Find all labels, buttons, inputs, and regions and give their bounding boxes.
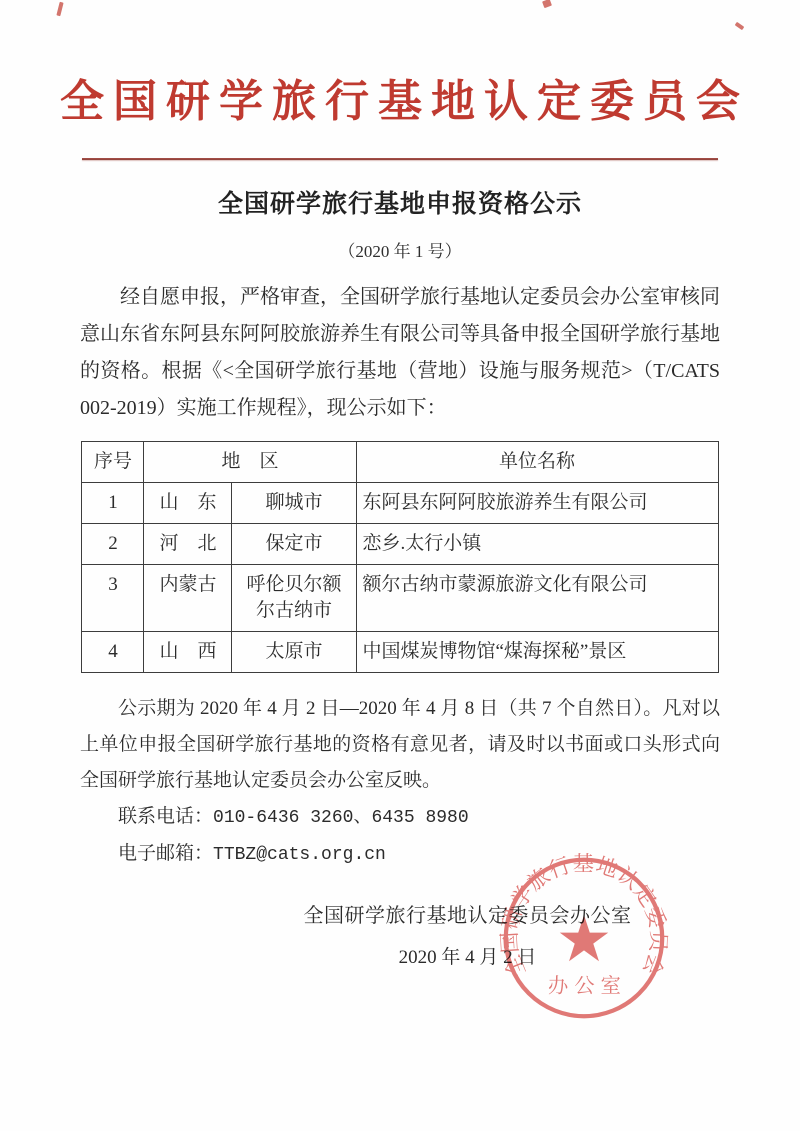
signature-date: 2020 年 4 月 2 日 (295, 942, 640, 969)
signature-block: 全国研学旅行基地认定委员会办公室 2020 年 4 月 2 日 (295, 903, 640, 969)
table-row: 1 山 东 聊城市 东阿县东阿阿胶旅游养生有限公司 (82, 482, 718, 523)
intro-paragraph: 经自愿申报，严格审查，全国研学旅行基地认定委员会办公室审核同意山东省东阿县东阿阿… (80, 279, 720, 427)
column-header-unit-name: 单位名称 (356, 441, 718, 482)
cell-province: 山 西 (144, 631, 232, 672)
cell-serial: 1 (82, 482, 144, 523)
contact-phone-label: 联系电话： (118, 806, 213, 827)
table-row: 3 内蒙古 呼伦贝尔额尔古纳市 额尔古纳市蒙源旅游文化有限公司 (82, 564, 718, 631)
contact-email-value: TTBZ@cats.org.cn (213, 845, 386, 865)
cell-province: 河 北 (144, 523, 232, 564)
document-body: 经自愿申报，严格审查，全国研学旅行基地认定委员会办公室审核同意山东省东阿县东阿阿… (80, 279, 720, 969)
cell-serial: 3 (82, 564, 144, 631)
document-title: 全国研学旅行基地申报资格公示 (0, 184, 800, 220)
cell-unit-name: 东阿县东阿阿胶旅游养生有限公司 (356, 482, 718, 523)
column-header-region: 地 区 (144, 441, 356, 482)
signature-org-name: 全国研学旅行基地认定委员会办公室 (295, 903, 640, 929)
cell-unit-name: 额尔古纳市蒙源旅游文化有限公司 (356, 564, 718, 631)
cell-city: 太原市 (232, 631, 356, 672)
table-header-row: 序号 地 区 单位名称 (82, 441, 718, 482)
document-issue-number: （2020 年 1 号） (0, 237, 800, 262)
cell-city: 呼伦贝尔额尔古纳市 (232, 564, 356, 631)
notice-paragraph: 公示期为 2020 年 4 月 2 日—2020 年 4 月 8 日（共 7 个… (80, 691, 720, 799)
cell-city: 保定市 (232, 523, 356, 564)
cell-city: 聊城市 (232, 482, 356, 523)
applicant-units-table: 序号 地 区 单位名称 1 山 东 聊城市 东阿县东阿阿胶旅游养生有限公司 2 … (81, 441, 718, 673)
letterhead-org-name: 全国研学旅行基地认定委员会 (0, 0, 800, 134)
contact-email-label: 电子邮箱： (118, 843, 213, 864)
table-row: 2 河 北 保定市 恋乡.太行小镇 (82, 523, 718, 564)
cell-unit-name: 中国煤炭博物馆“煤海探秘”景区 (356, 631, 718, 672)
cell-province: 内蒙古 (144, 564, 232, 631)
contact-email-line: 电子邮箱：TTBZ@cats.org.cn (80, 836, 720, 873)
table-row: 4 山 西 太原市 中国煤炭博物馆“煤海探秘”景区 (82, 631, 718, 672)
contact-phone-value: 010-6436 3260、6435 8980 (213, 808, 469, 828)
document-page: 全国研学旅行基地认定委员会 全国研学旅行基地申报资格公示 （2020 年 1 号… (0, 0, 800, 1131)
cell-unit-name: 恋乡.太行小镇 (356, 523, 718, 564)
contact-phone-line: 联系电话：010-6436 3260、6435 8980 (80, 799, 720, 836)
cell-serial: 4 (82, 631, 144, 672)
seal-center-text: 办公室 (548, 974, 627, 997)
letterhead-divider-rule (82, 158, 718, 160)
cell-serial: 2 (82, 523, 144, 564)
column-header-serial: 序号 (82, 441, 144, 482)
cell-province: 山 东 (144, 482, 232, 523)
